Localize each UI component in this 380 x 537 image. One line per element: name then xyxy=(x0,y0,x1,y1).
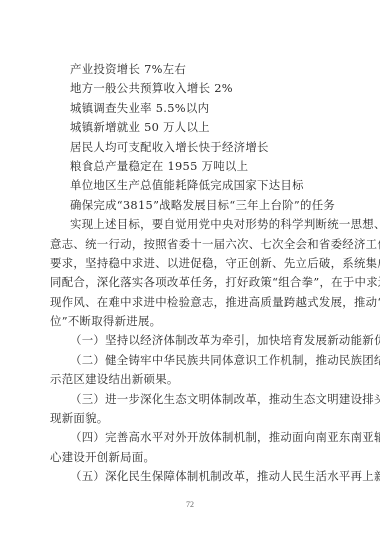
target-item: 粮食总产量稳定在 1955 万吨以上 xyxy=(50,157,333,176)
reform-item-2: （二）健全铸牢中华民族共同体意识工作机制，推动民族团结进步 示范区建设结出新硕果… xyxy=(50,351,333,390)
paragraph-line: 要求，坚持稳中求进、以进促稳，守正创新、先立后破，系统集成、协 xyxy=(50,254,333,273)
paragraph-line: 现作风、在难中求进中检验意志，推进高质量跨越式发展，推动“三个定 xyxy=(50,293,333,312)
page-number: 72 xyxy=(0,500,380,509)
paragraph-line: 实现上述目标，要自觉用党中央对形势的科学判断统一思想、统一 xyxy=(50,215,333,234)
paragraph-line: 意志、统一行动，按照省委十一届六次、七次全会和省委经济工作会议 xyxy=(50,235,333,254)
paragraph-line: （二）健全铸牢中华民族共同体意识工作机制，推动民族团结进步 xyxy=(50,351,333,370)
paragraph-line: （三）进一步深化生态文明体制改革，推动生态文明建设排头兵展 xyxy=(50,390,333,409)
page-content: 产业投资增长 7%左右 地方一般公共预算收入增长 2% 城镇调查失业率 5.5%… xyxy=(50,60,333,487)
paragraph-line: 示范区建设结出新硕果。 xyxy=(50,370,333,389)
paragraph-line: 位”不断取得新进展。 xyxy=(50,312,333,331)
target-item: 单位地区生产总值能耗降低完成国家下达目标 xyxy=(50,176,333,195)
paragraph-line: （四）完善高水平对外开放体制机制，推动面向南亚东南亚辐射中 xyxy=(50,428,333,447)
targets-list: 产业投资增长 7%左右 地方一般公共预算收入增长 2% 城镇调查失业率 5.5%… xyxy=(50,60,333,215)
reform-item-5: （五）深化民生保障体制机制改革，推动人民生活水平再上新台阶。 xyxy=(50,467,333,486)
paragraph-line: 心建设开创新局面。 xyxy=(50,448,333,467)
reform-items: （一）坚持以经济体制改革为牵引，加快培育发展新动能新优势。 （二）健全铸牢中华民… xyxy=(50,331,333,486)
reform-item-4: （四）完善高水平对外开放体制机制，推动面向南亚东南亚辐射中 心建设开创新局面。 xyxy=(50,428,333,467)
paragraph-line: 同配合，深化落实各项改革任务，打好政策“组合拳”，在于中求进中展 xyxy=(50,273,333,292)
target-item: 城镇调查失业率 5.5%以内 xyxy=(50,99,333,118)
target-item: 居民人均可支配收入增长快于经济增长 xyxy=(50,138,333,157)
paragraph-line: （一）坚持以经济体制改革为牵引，加快培育发展新动能新优势。 xyxy=(50,331,333,350)
intro-paragraph: 实现上述目标，要自觉用党中央对形势的科学判断统一思想、统一 意志、统一行动，按照… xyxy=(50,215,333,331)
target-item: 地方一般公共预算收入增长 2% xyxy=(50,79,333,98)
document-page: 产业投资增长 7%左右 地方一般公共预算收入增长 2% 城镇调查失业率 5.5%… xyxy=(0,0,380,537)
paragraph-line: 现新面貌。 xyxy=(50,409,333,428)
target-item: 确保完成“3815”战略发展目标“三年上台阶”的任务 xyxy=(50,196,333,215)
reform-item-1: （一）坚持以经济体制改革为牵引，加快培育发展新动能新优势。 xyxy=(50,331,333,350)
paragraph-line: （五）深化民生保障体制机制改革，推动人民生活水平再上新台阶。 xyxy=(50,467,333,486)
reform-item-3: （三）进一步深化生态文明体制改革，推动生态文明建设排头兵展 现新面貌。 xyxy=(50,390,333,429)
target-item: 城镇新增就业 50 万人以上 xyxy=(50,118,333,137)
target-item: 产业投资增长 7%左右 xyxy=(50,60,333,79)
